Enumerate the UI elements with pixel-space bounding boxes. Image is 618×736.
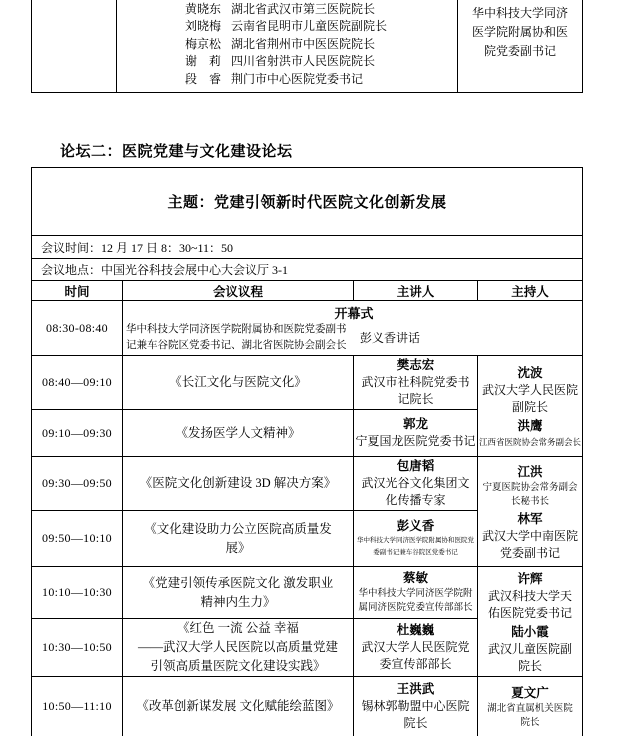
forum-agenda-table: 主题：党建引领新时代医院文化创新发展 会议时间：12 月 17 日 8：30~1… <box>31 167 583 736</box>
speaker-name: 蔡敏 <box>354 570 477 587</box>
session-row: 08:40—09:10 《长江文化与医院文化》 樊志宏 武汉市社科院党委书 记院… <box>32 356 583 410</box>
speaker-cell: 樊志宏 武汉市社科院党委书 记院长 <box>354 356 478 410</box>
moderator-name: 洪鹰 <box>478 418 582 435</box>
speaker-title: 武汉光谷文化集团文 化传播专家 <box>354 475 477 509</box>
speaker-title: 华中科技大学同济医学院附 属同济医院党委宣传部部长 <box>354 587 477 615</box>
carryover-moderator-title: 华中科技大学同济 医学院附属协和医 院党委副书记 <box>458 4 582 61</box>
session-agenda: 《发扬医学人文精神》 <box>123 410 354 457</box>
attendee-title: 荆门市中心医院党委书记 <box>231 72 363 86</box>
speaker-cell: 杜巍巍 武汉大学人民医院党 委宣传部部长 <box>354 619 478 677</box>
meeting-time: 会议时间：12 月 17 日 8：30~11：50 <box>32 236 583 259</box>
attendee-title: 云南省昆明市儿童医院副院长 <box>231 19 387 33</box>
speaker-name: 杜巍巍 <box>354 622 477 639</box>
speaker-title: 华中科技大学同济医学院附属协和医院党 委副书记兼车谷院区党委书记 <box>354 535 477 559</box>
attendee-name: 段 睿 <box>185 71 231 88</box>
attendee-name: 黄晓东 <box>185 1 231 18</box>
speaker-title: 宁夏国龙医院党委书记 <box>354 433 477 450</box>
column-header-agenda: 会议议程 <box>123 281 354 301</box>
session-row: 10:50—11:10 《改革创新谋发展 文化赋能绘蓝图》 王洪武 锡林郭勒盟中… <box>32 677 583 736</box>
session-row: 10:10—10:30 《党建引领传承医院文化 激发职业 精神内生力》 蔡敏 华… <box>32 567 583 619</box>
speaker-name: 包唐韬 <box>354 458 477 475</box>
opening-label: 开幕式 <box>126 305 582 322</box>
speaker-title: 武汉大学人民医院党 委宣传部部长 <box>354 639 477 673</box>
opening-speaker-title: 华中科技大学同济医学院附属协和医院党委副书 记兼车谷院区党委书记、湖北省医院协会… <box>126 322 354 354</box>
speaker-title: 武汉市社科院党委书 记院长 <box>354 374 477 408</box>
session-time: 09:10—09:30 <box>32 410 123 457</box>
session-time: 08:30-08:40 <box>32 301 123 356</box>
session-time: 09:50—10:10 <box>32 511 123 567</box>
column-header-speaker: 主讲人 <box>354 281 478 301</box>
moderator-name: 夏文广 <box>478 685 582 702</box>
speaker-cell: 蔡敏 华中科技大学同济医学院附 属同济医院党委宣传部部长 <box>354 567 478 619</box>
session-time: 10:30—10:50 <box>32 619 123 677</box>
attendee-row: 黄晓东湖北省武汉市第三医院院长 <box>185 1 457 18</box>
session-agenda: 《医院文化创新建设 3D 解决方案》 <box>123 457 354 511</box>
carryover-moderator-cell: 华中科技大学同济 医学院附属协和医 院党委副书记 <box>458 0 583 92</box>
moderator-cell: 夏文广 湖北省直属机关医院 院长 <box>478 677 583 736</box>
carryover-table: 黄晓东湖北省武汉市第三医院院长 刘晓梅云南省昆明市儿童医院副院长 梅京松湖北省荆… <box>31 0 583 93</box>
attendee-name: 刘晓梅 <box>185 18 231 35</box>
moderator-cell: 沈波 武汉大学人民医院 副院长 洪鹰 江西省医院协会常务副会长 <box>478 356 583 457</box>
speaker-title: 锡林郭勒盟中心医院 院长 <box>354 698 477 732</box>
session-agenda: 《长江文化与医院文化》 <box>123 356 354 410</box>
attendee-row: 梅京松湖北省荆州市中医医院院长 <box>185 36 457 53</box>
moderator-title: 武汉科技大学天 佑医院党委书记 <box>478 588 582 622</box>
moderator-title: 武汉大学中南医院 党委副书记 <box>478 528 582 562</box>
column-header-time: 时间 <box>32 281 123 301</box>
session-row: 09:30—09:50 《医院文化创新建设 3D 解决方案》 包唐韬 武汉光谷文… <box>32 457 583 511</box>
opening-speech: 彭义香讲话 <box>360 329 420 346</box>
attendee-row: 刘晓梅云南省昆明市儿童医院副院长 <box>185 18 457 35</box>
carryover-empty-cell <box>31 0 117 92</box>
session-time: 10:10—10:30 <box>32 567 123 619</box>
moderator-cell: 江洪 宁夏医院协会常务副会 长秘书长 林军 武汉大学中南医院 党委副书记 <box>478 457 583 567</box>
moderator-name: 江洪 <box>478 464 582 481</box>
speaker-name: 彭义香 <box>354 518 477 535</box>
attendee-name: 谢 莉 <box>185 53 231 70</box>
attendee-title: 湖北省荆州市中医医院院长 <box>231 37 375 51</box>
moderator-name: 陆小霞 <box>478 624 582 641</box>
moderator-title: 武汉大学人民医院 副院长 <box>478 382 582 416</box>
attendee-row: 段 睿荆门市中心医院党委书记 <box>185 71 457 88</box>
attendee-title: 湖北省武汉市第三医院院长 <box>231 2 375 16</box>
moderator-title: 武汉儿童医院副 院长 <box>478 641 582 675</box>
forum-theme-title: 主题：党建引领新时代医院文化创新发展 <box>32 168 583 236</box>
speaker-cell: 包唐韬 武汉光谷文化集团文 化传播专家 <box>354 457 478 511</box>
speaker-name: 樊志宏 <box>354 357 477 374</box>
meeting-place: 会议地点：中国光谷科技会展中心大会议厅 3-1 <box>32 259 583 281</box>
moderator-title: 江西省医院协会常务副会长 <box>478 435 582 449</box>
session-agenda: 《党建引领传承医院文化 激发职业 精神内生力》 <box>123 567 354 619</box>
opening-row: 08:30-08:40 开幕式 华中科技大学同济医学院附属协和医院党委副书 记兼… <box>32 301 583 356</box>
attendee-name: 梅京松 <box>185 36 231 53</box>
speaker-cell: 彭义香 华中科技大学同济医学院附属协和医院党 委副书记兼车谷院区党委书记 <box>354 511 478 567</box>
moderator-title: 湖北省直属机关医院 院长 <box>478 702 582 730</box>
speaker-cell: 王洪武 锡林郭勒盟中心医院 院长 <box>354 677 478 736</box>
moderator-name: 许辉 <box>478 571 582 588</box>
session-time: 10:50—11:10 <box>32 677 123 736</box>
session-time: 09:30—09:50 <box>32 457 123 511</box>
speaker-name: 郭龙 <box>354 416 477 433</box>
opening-cell: 开幕式 华中科技大学同济医学院附属协和医院党委副书 记兼车谷院区党委书记、湖北省… <box>123 301 583 356</box>
session-agenda: 《改革创新谋发展 文化赋能绘蓝图》 <box>123 677 354 736</box>
session-agenda: 《文化建设助力公立医院高质量发 展》 <box>123 511 354 567</box>
section-heading: 论坛二：医院党建与文化建设论坛 <box>60 140 293 161</box>
moderator-cell: 许辉 武汉科技大学天 佑医院党委书记 陆小霞 武汉儿童医院副 院长 <box>478 567 583 677</box>
moderator-title: 宁夏医院协会常务副会 长秘书长 <box>478 481 582 509</box>
attendee-title: 四川省射洪市人民医院院长 <box>231 54 375 68</box>
column-header-moderator: 主持人 <box>478 281 583 301</box>
moderator-name: 林军 <box>478 511 582 528</box>
attendee-row: 谢 莉四川省射洪市人民医院院长 <box>185 53 457 70</box>
speaker-cell: 郭龙 宁夏国龙医院党委书记 <box>354 410 478 457</box>
speaker-name: 王洪武 <box>354 681 477 698</box>
moderator-name: 沈波 <box>478 365 582 382</box>
session-time: 08:40—09:10 <box>32 356 123 410</box>
carryover-attendee-list: 黄晓东湖北省武汉市第三医院院长 刘晓梅云南省昆明市儿童医院副院长 梅京松湖北省荆… <box>117 0 458 92</box>
session-agenda: 《红色 一流 公益 幸福 ——武汉大学人民医院以高质量党建 引领高质量医院文化建… <box>123 619 354 677</box>
